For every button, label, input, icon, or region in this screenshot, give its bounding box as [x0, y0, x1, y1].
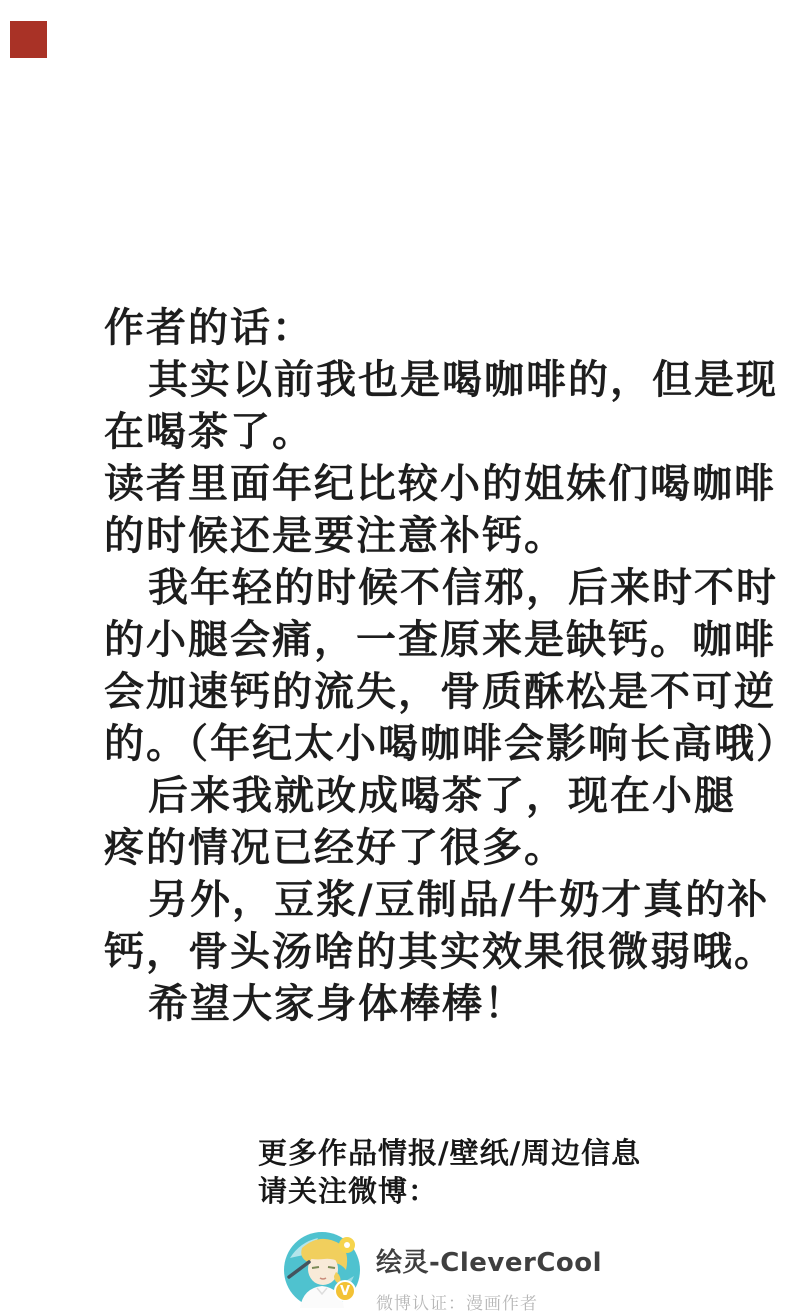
note-line: 作者的话： [104, 302, 754, 354]
note-line: 希望大家身体棒棒！ [104, 978, 754, 1030]
note-line: 钙，骨头汤啥的其实效果很微弱哦。 [104, 926, 754, 978]
note-line: 另外，豆浆/豆制品/牛奶才真的补 [104, 874, 754, 926]
note-line: 其实以前我也是喝咖啡的，但是现 [104, 354, 754, 406]
note-line: 疼的情况已经好了很多。 [104, 822, 754, 874]
red-square-decor [10, 21, 47, 58]
note-line: 我年轻的时候不信邪，后来时不时 [104, 562, 754, 614]
note-line: 的小腿会痛，一查原来是缺钙。咖啡 [104, 614, 754, 666]
author-note-text-block: 作者的话： 其实以前我也是喝咖啡的，但是现 在喝茶了。 读者里面年纪比较小的姐妹… [104, 302, 754, 1030]
note-line: 在喝茶了。 [104, 406, 754, 458]
profile-text: 绘灵-CleverCool 微博认证：漫画作者 [376, 1232, 602, 1314]
note-line: 的。（年纪太小喝咖啡会影响长高哦） [104, 718, 754, 770]
promo-line-1: 更多作品情报/壁纸/周边信息 [258, 1134, 641, 1172]
weibo-profile: V 绘灵-CleverCool 微博认证：漫画作者 [284, 1232, 602, 1314]
profile-verified-label: 微博认证：漫画作者 [376, 1289, 602, 1314]
weibo-promo-block: 更多作品情报/壁纸/周边信息 请关注微博： [258, 1134, 641, 1210]
avatar: V [284, 1232, 360, 1308]
author-note-page: 作者的话： 其实以前我也是喝咖啡的，但是现 在喝茶了。 读者里面年纪比较小的姐妹… [0, 0, 800, 1316]
profile-name: 绘灵-CleverCool [376, 1242, 602, 1279]
note-line: 的时候还是要注意补钙。 [104, 510, 754, 562]
note-line: 后来我就改成喝茶了，现在小腿 [104, 770, 754, 822]
note-line: 读者里面年纪比较小的姐妹们喝咖啡 [104, 458, 754, 510]
promo-line-2: 请关注微博： [258, 1172, 641, 1210]
note-line: 会加速钙的流失，骨质酥松是不可逆 [104, 666, 754, 718]
weibo-verified-v-badge: V [334, 1280, 356, 1302]
